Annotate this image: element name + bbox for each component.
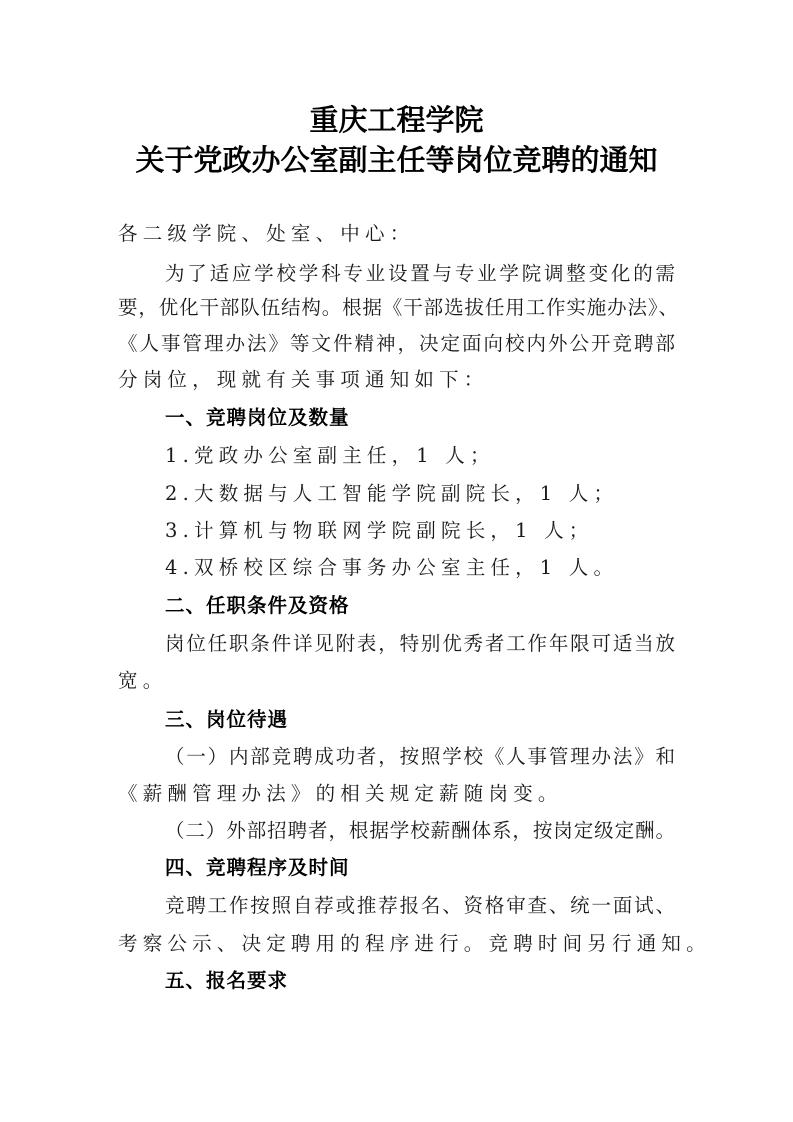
section-4-line-2: 考察公示、决定聘用的程序进行。竞聘时间另行通知。 (118, 928, 678, 956)
position-item-3: 3.计算机与物联网学院副院长，1 人； (165, 515, 725, 543)
document-title-org: 重庆工程学院 (0, 98, 793, 139)
document-title-subject: 关于党政办公室副主任等岗位竞聘的通知 (0, 138, 793, 179)
section-2-line-1: 岗位任职条件详见附表，特别优秀者工作年限可适当放 (165, 628, 675, 656)
section-3-line-2: 《薪酬管理办法》的相关规定薪随岗变。 (118, 778, 678, 806)
section-3-line-3: （二）外部招聘者，根据学校薪酬体系，按岗定级定酬。 (165, 815, 675, 843)
section-heading-4: 四、竞聘程序及时间 (165, 852, 725, 880)
position-item-2: 2.大数据与人工智能学院副院长，1 人； (165, 478, 725, 506)
position-item-4: 4.双桥校区综合事务办公室主任，1 人。 (165, 552, 725, 580)
section-3-line-1: （一）内部竞聘成功者，按照学校《人事管理办法》和 (165, 741, 675, 769)
section-4-line-1: 竞聘工作按照自荐或推荐报名、资格审查、统一面试、 (165, 890, 675, 918)
intro-line-1: 为了适应学校学科专业设置与专业学院调整变化的需 (165, 258, 675, 286)
section-2-line-2: 宽。 (118, 665, 678, 693)
section-heading-3: 三、岗位待遇 (165, 704, 725, 732)
intro-line-2: 要，优化干部队伍结构。根据《干部选拔任用工作实施办法》、 (118, 292, 678, 320)
intro-line-4: 分岗位，现就有关事项通知如下： (118, 364, 678, 392)
section-heading-1: 一、竞聘岗位及数量 (165, 402, 725, 430)
position-item-1: 1.党政办公室副主任，1 人； (165, 440, 725, 468)
document-page: 重庆工程学院 关于党政办公室副主任等岗位竞聘的通知 各二级学院、处室、中心： 为… (0, 0, 793, 1122)
intro-line-3: 《人事管理办法》等文件精神，决定面向校内外公开竞聘部 (118, 328, 675, 356)
section-heading-2: 二、任职条件及资格 (165, 590, 725, 618)
section-heading-5: 五、报名要求 (165, 965, 725, 993)
salutation: 各二级学院、处室、中心： (118, 218, 678, 246)
